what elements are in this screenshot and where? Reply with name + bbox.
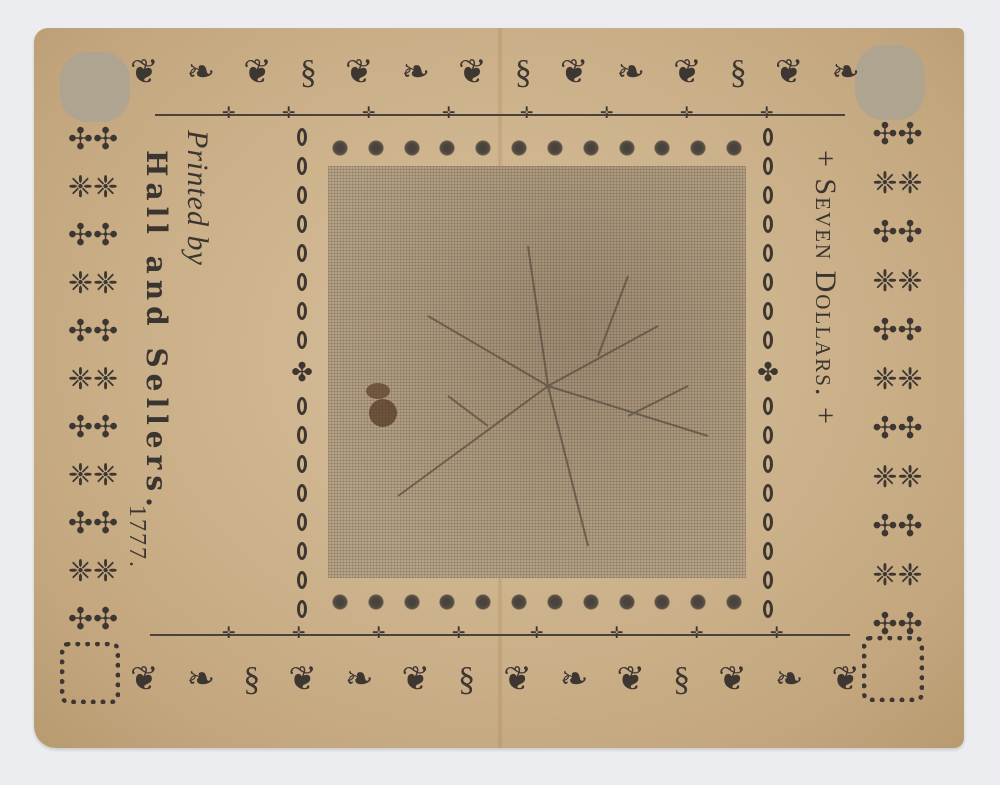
- scroll-ornament-icon: ❦: [775, 56, 804, 90]
- cross-icon: ✛: [690, 626, 703, 642]
- floral-ornament-icon: ✣✣: [68, 509, 118, 539]
- scroll-ornament-icon: ❦: [503, 663, 532, 697]
- cross-icon: ✛: [610, 626, 623, 642]
- scroll-ornament-icon: ❦: [243, 56, 272, 90]
- top-rule: [155, 114, 845, 116]
- cross-icon: ✛: [372, 626, 385, 642]
- right-ornament-border: ✣✣ ❈❈ ✣✣ ❈❈ ✣✣ ❈❈ ✣✣ ❈❈ ✣✣ ❈❈ ✣✣: [860, 120, 935, 640]
- print-year: 1777.: [123, 505, 150, 569]
- floral-ornament-icon: ❈❈: [68, 461, 118, 491]
- scroll-ornament-icon: ❦: [560, 56, 589, 90]
- printer-names: Hall and Sellers.: [140, 150, 173, 513]
- corner-ornament-bottom-left: [60, 642, 120, 704]
- scroll-ornament-icon: ❧: [616, 56, 645, 90]
- leaf-icon: [328, 166, 746, 578]
- floral-ornament-icon: ✣✣: [68, 605, 118, 635]
- scroll-ornament-icon: ❦: [288, 663, 317, 697]
- cross-icon: +: [809, 407, 842, 426]
- scroll-ornament-icon: ❧: [560, 663, 589, 697]
- cross-icon: ✛: [292, 626, 305, 642]
- cross-icon: ✛: [520, 106, 533, 122]
- scroll-ornament-icon: §: [300, 56, 317, 90]
- scroll-ornament-icon: ❧: [187, 56, 216, 90]
- floral-ornament-icon: ✣✣: [872, 120, 922, 150]
- bottom-rule: [150, 634, 850, 636]
- floral-ornament-icon: ✣✣: [872, 218, 922, 248]
- scroll-ornament-icon: ❦: [130, 663, 159, 697]
- bottom-rosette-row: [332, 594, 742, 610]
- floral-ornament-icon: ✣✣: [68, 221, 118, 251]
- scroll-ornament-icon: ❦: [718, 663, 747, 697]
- floral-ornament-icon: ✣✣: [872, 512, 922, 542]
- cross-icon: +: [809, 150, 842, 169]
- scroll-ornament-icon: ❦: [402, 663, 431, 697]
- scroll-ornament-icon: ❦: [673, 56, 702, 90]
- top-rosette-row: [332, 140, 742, 156]
- scroll-ornament-icon: ❧: [402, 56, 431, 90]
- scroll-ornament-icon: §: [515, 56, 532, 90]
- scroll-ornament-icon: §: [673, 663, 690, 697]
- left-ornament-border: ✣✣ ❈❈ ✣✣ ❈❈ ✣✣ ❈❈ ✣✣ ❈❈ ✣✣ ❈❈ ✣✣: [58, 125, 128, 635]
- scroll-ornament-icon: ❦: [458, 56, 487, 90]
- floral-ornament-icon: ❈❈: [68, 557, 118, 587]
- floral-ornament-icon: ✣✣: [68, 413, 118, 443]
- scroll-ornament-icon: ❦: [345, 56, 374, 90]
- scroll-ornament-icon: ❧: [831, 56, 860, 90]
- scroll-ornament-icon: ❦: [130, 56, 159, 90]
- floral-ornament-icon: ✣✣: [872, 316, 922, 346]
- cross-icon: ✛: [282, 106, 295, 122]
- left-chain-border: ✤: [294, 128, 310, 618]
- top-ornament-border: ❦ ❧ ❦ § ❦ ❧ ❦ § ❦ ❧ ❦ § ❦ ❧: [130, 48, 860, 98]
- scroll-ornament-icon: ❧: [775, 663, 804, 697]
- scroll-ornament-icon: ❧: [187, 663, 216, 697]
- denomination: + Seven Dollars. +: [808, 150, 842, 426]
- bottom-ornament-border: ❦ ❧ § ❦ ❧ ❦ § ❦ ❧ ❦ § ❦ ❧ ❦: [130, 655, 860, 705]
- floral-ornament-icon: ❈❈: [68, 365, 118, 395]
- floral-ornament-icon: ✣✣: [872, 414, 922, 444]
- cross-icon: ✛: [760, 106, 773, 122]
- cross-icon: ✛: [452, 626, 465, 642]
- cross-icon: ✛: [530, 626, 543, 642]
- corner-ornament-bottom-right: [862, 636, 924, 702]
- floral-ornament-icon: ✣✣: [68, 125, 118, 155]
- denomination-text: Seven Dollars.: [809, 178, 842, 397]
- floral-ornament-icon: ❈❈: [68, 269, 118, 299]
- floral-ornament-icon: ❈❈: [872, 169, 922, 199]
- floral-ornament-icon: ❈❈: [68, 173, 118, 203]
- floral-ornament-icon: ✣✣: [68, 317, 118, 347]
- tape-residue-top-right: [855, 45, 925, 120]
- knot-ornament-icon: ✤: [291, 360, 313, 386]
- cross-icon: ✛: [600, 106, 613, 122]
- scroll-ornament-icon: ❦: [831, 663, 860, 697]
- knot-ornament-icon: ✤: [757, 360, 779, 386]
- scroll-ornament-icon: ❧: [345, 663, 374, 697]
- floral-ornament-icon: ❈❈: [872, 463, 922, 493]
- floral-ornament-icon: ❈❈: [872, 365, 922, 395]
- right-chain-border: ✤: [760, 128, 776, 618]
- cross-icon: ✛: [442, 106, 455, 122]
- scroll-ornament-icon: §: [730, 56, 747, 90]
- cross-icon: ✛: [362, 106, 375, 122]
- leaf-nature-print: [328, 166, 746, 578]
- scroll-ornament-icon: §: [458, 663, 475, 697]
- cross-icon: ✛: [770, 626, 783, 642]
- floral-ornament-icon: ❈❈: [872, 267, 922, 297]
- printer-line: Printed by: [180, 130, 214, 266]
- cross-icon: ✛: [222, 106, 235, 122]
- floral-ornament-icon: ❈❈: [872, 561, 922, 591]
- cross-icon: ✛: [680, 106, 693, 122]
- scroll-ornament-icon: §: [243, 663, 260, 697]
- tape-residue-top-left: [60, 52, 130, 122]
- scroll-ornament-icon: ❦: [616, 663, 645, 697]
- cross-icon: ✛: [222, 626, 235, 642]
